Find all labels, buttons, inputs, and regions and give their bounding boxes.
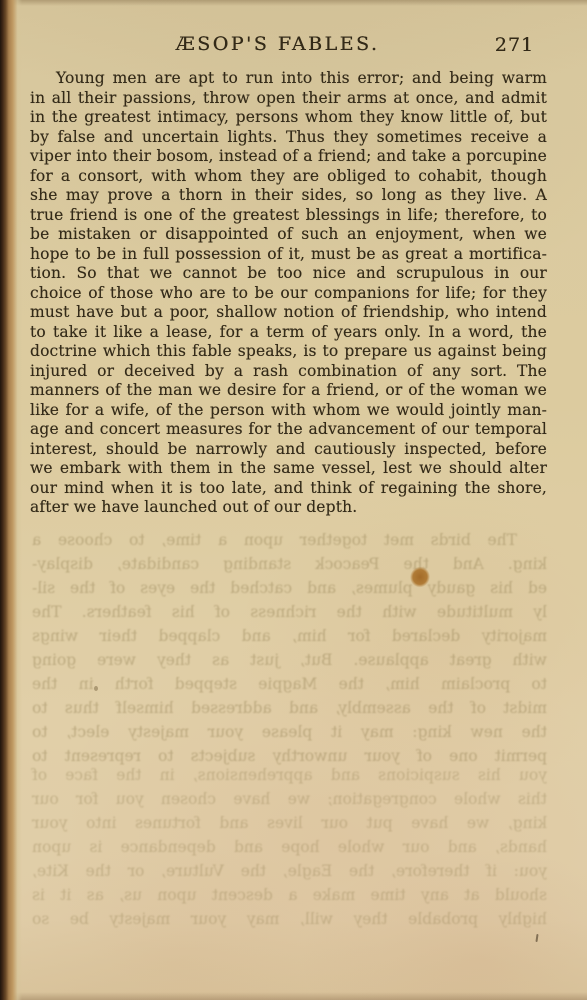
page-top-edge-shadow (0, 0, 587, 6)
text-line: hope to be in full possession of it, mus… (30, 245, 547, 265)
text-line: king. And the Peacock standing candidate… (32, 552, 547, 576)
text-line: injured or deceived by a rash combinatio… (30, 362, 547, 382)
show-through-upper: The birds met together upon a time, to c… (32, 528, 547, 768)
text-line: by false and uncertain lights. Thus they… (30, 128, 547, 148)
text-line: in the greatest intimacy, persons whom t… (30, 108, 547, 128)
page-bottom-edge-shadow (0, 992, 587, 1000)
text-line: The birds met together upon a time, to c… (32, 528, 547, 552)
text-line: the new king: may it please your majesty… (32, 720, 547, 744)
text-line: highly probable they will, may your maje… (32, 907, 547, 931)
text-line: tion. So that we cannot be too nice and … (30, 264, 547, 284)
text-line: after we have launched out of our depth. (30, 498, 547, 518)
text-line: be mistaken or disappointed of such an e… (30, 225, 547, 245)
text-line: this whole congregation; we have chosen … (32, 787, 547, 811)
text-line: choice of those who are to be our compan… (30, 284, 547, 304)
text-line: should at any time make a descent upon u… (32, 883, 547, 907)
text-line: true friend is one of the greatest bless… (30, 206, 547, 226)
ink-speck (535, 934, 538, 942)
text-line: you: if therefore, the Eagle, the Vultur… (32, 859, 547, 883)
text-line: Young men are apt to run into this error… (30, 69, 547, 89)
text-line: we embark with them in the same vessel, … (30, 459, 547, 479)
running-header: ÆSOP'S FABLES. (30, 33, 525, 55)
text-line: she may prove a thorn in their sides, so… (30, 186, 547, 206)
text-line: our mind when it is too late, and think … (30, 479, 547, 499)
text-line: king, we have put our lives and fortunes… (32, 811, 547, 835)
text-line: interest, should be narrowly and cautiou… (30, 440, 547, 460)
text-line: to proclaim him, the Magpie stepped fort… (32, 672, 547, 696)
text-line: age and concert measures for the advance… (30, 420, 547, 440)
text-line: doctrine which this fable speaks, is to … (30, 342, 547, 362)
text-line: must have but a poor, shallow notion of … (30, 303, 547, 323)
header-title: ÆSOP'S FABLES. (30, 33, 525, 55)
fable-moral-paragraph: Young men are apt to run into this error… (30, 69, 547, 518)
show-through-lower: you his suspicions and apprehensions, in… (32, 763, 547, 931)
text-line: for a consort, with whom they are oblige… (30, 167, 547, 187)
text-line: viper into their bosom, instead of a fri… (30, 147, 547, 167)
text-line: manners of the man we desire for a frien… (30, 381, 547, 401)
text-line: ed his gaudy plumes, and catched the eye… (32, 576, 547, 600)
text-line: like for a wife, of the person with whom… (30, 401, 547, 421)
text-line: majority declared for him, and clapped t… (32, 624, 547, 648)
text-line: you his suspicions and apprehensions, in… (32, 763, 547, 787)
text-line: to take it like a lease, for a term of y… (30, 323, 547, 343)
text-line: ly multitude with the richness of his fe… (32, 600, 547, 624)
book-page-scan: The birds met together upon a time, to c… (0, 0, 587, 1000)
binding-edge (0, 0, 22, 1000)
text-line: with great applause. But, just as they w… (32, 648, 547, 672)
ink-speck (94, 686, 98, 691)
text-line: hands, and our whole hope and dependance… (32, 835, 547, 859)
text-line: midst of the assembly, and addressed him… (32, 696, 547, 720)
text-line: in all their passions, throw open their … (30, 89, 547, 109)
page-number: 271 (495, 34, 534, 56)
